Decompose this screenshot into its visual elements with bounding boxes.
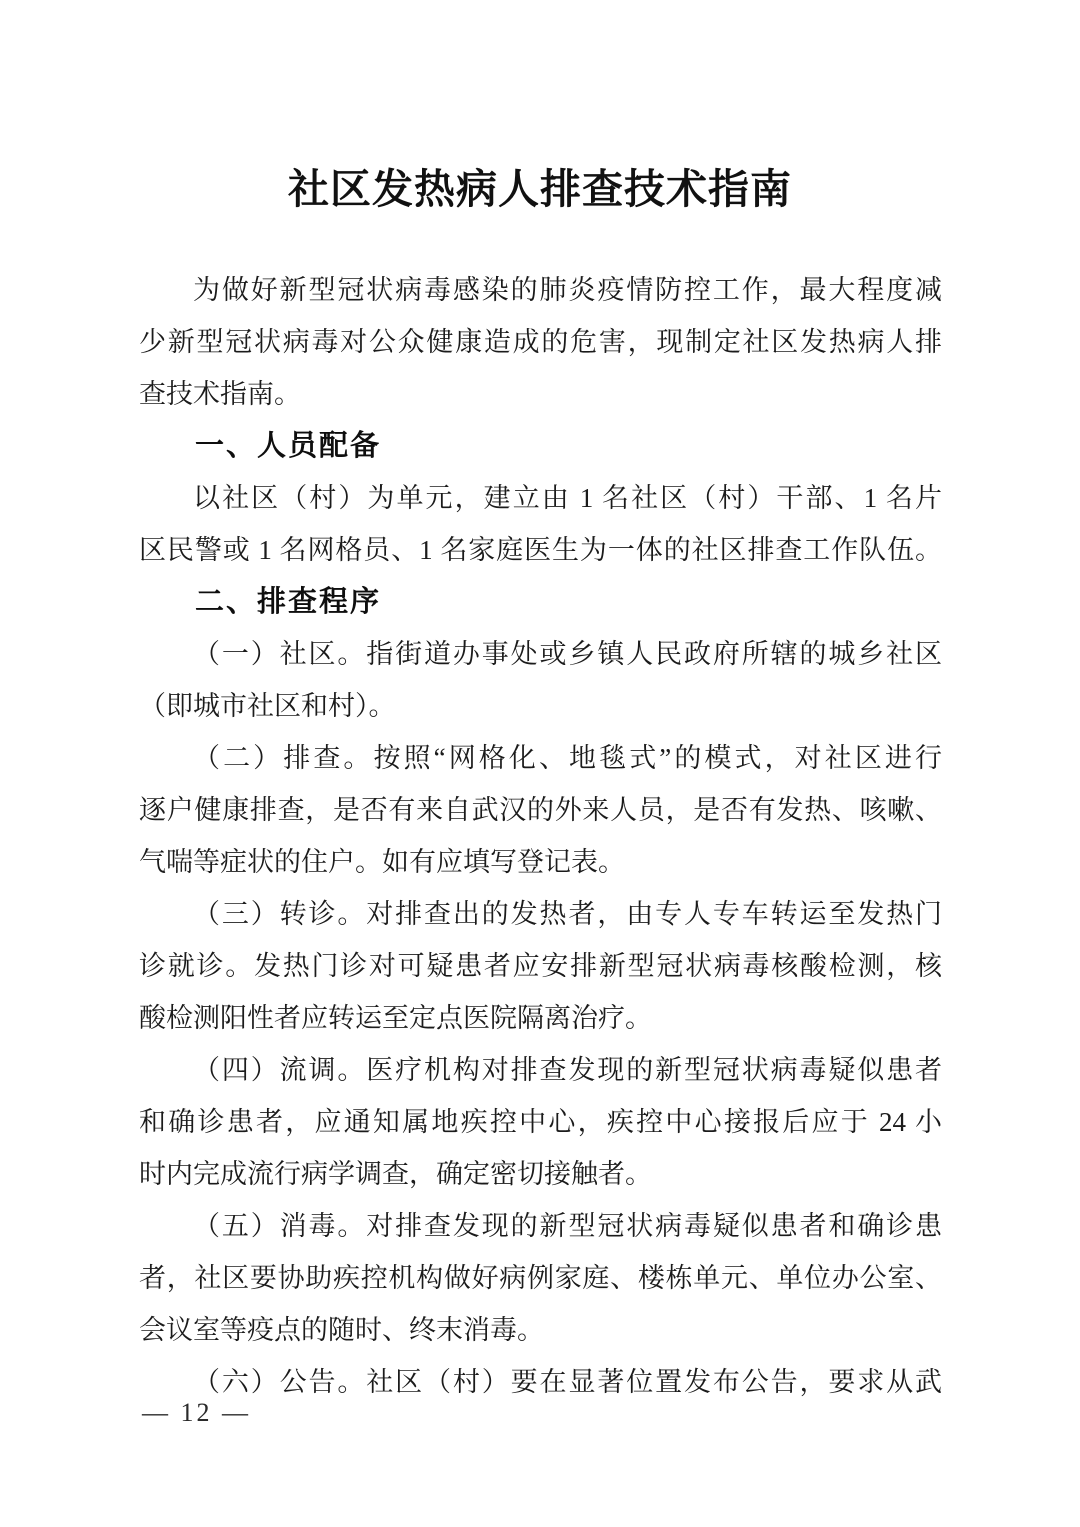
document-line: 以社区（村）为单元，建立由 1 名社区（村）干部、1 名片 xyxy=(139,472,942,524)
document-line: 酸检测阳性者应转运至定点医院隔离治疗。 xyxy=(139,992,942,1044)
document-line: （一）社区。指街道办事处或乡镇人民政府所辖的城乡社区 xyxy=(139,628,942,680)
document-line: 和确诊患者，应通知属地疾控中心，疾控中心接报后应于 24 小 xyxy=(139,1096,942,1148)
document-line: 气喘等症状的住户。如有应填写登记表。 xyxy=(139,836,942,888)
document-line: 时内完成流行病学调查，确定密切接触者。 xyxy=(139,1148,942,1200)
document-page: 社区发热病人排查技术指南 为做好新型冠状病毒感染的肺炎疫情防控工作，最大程度减少… xyxy=(0,0,1080,1527)
document-line: 诊就诊。发热门诊对可疑患者应安排新型冠状病毒核酸检测，核 xyxy=(139,940,942,992)
document-line: 者，社区要协助疾控机构做好病例家庭、楼栋单元、单位办公室、 xyxy=(139,1252,942,1304)
page-number: — 12 — xyxy=(142,1398,251,1428)
document-line: 少新型冠状病毒对公众健康造成的危害，现制定社区发热病人排 xyxy=(139,316,942,368)
document-line: 逐户健康排查，是否有来自武汉的外来人员，是否有发热、咳嗽、 xyxy=(139,784,942,836)
document-line: （五）消毒。对排查发现的新型冠状病毒疑似患者和确诊患 xyxy=(139,1200,942,1252)
document-line: （三）转诊。对排查出的发热者，由专人专车转运至发热门 xyxy=(139,888,942,940)
document-body: 为做好新型冠状病毒感染的肺炎疫情防控工作，最大程度减少新型冠状病毒对公众健康造成… xyxy=(139,264,942,1408)
document-line: （六）公告。社区（村）要在显著位置发布公告，要求从武 xyxy=(139,1356,942,1408)
document-line: 为做好新型冠状病毒感染的肺炎疫情防控工作，最大程度减 xyxy=(139,264,942,316)
section-heading: 一、人员配备 xyxy=(139,420,942,472)
document-line: （二）排查。按照“网格化、地毯式”的模式，对社区进行 xyxy=(139,732,942,784)
document-line: （四）流调。医疗机构对排查发现的新型冠状病毒疑似患者 xyxy=(139,1044,942,1096)
document-title: 社区发热病人排查技术指南 xyxy=(0,156,1080,215)
document-line: 查技术指南。 xyxy=(139,368,942,420)
document-line: 会议室等疫点的随时、终末消毒。 xyxy=(139,1304,942,1356)
document-line: （即城市社区和村）。 xyxy=(139,680,942,732)
section-heading: 二、排查程序 xyxy=(139,576,942,628)
document-line: 区民警或 1 名网格员、1 名家庭医生为一体的社区排查工作队伍。 xyxy=(139,524,942,576)
